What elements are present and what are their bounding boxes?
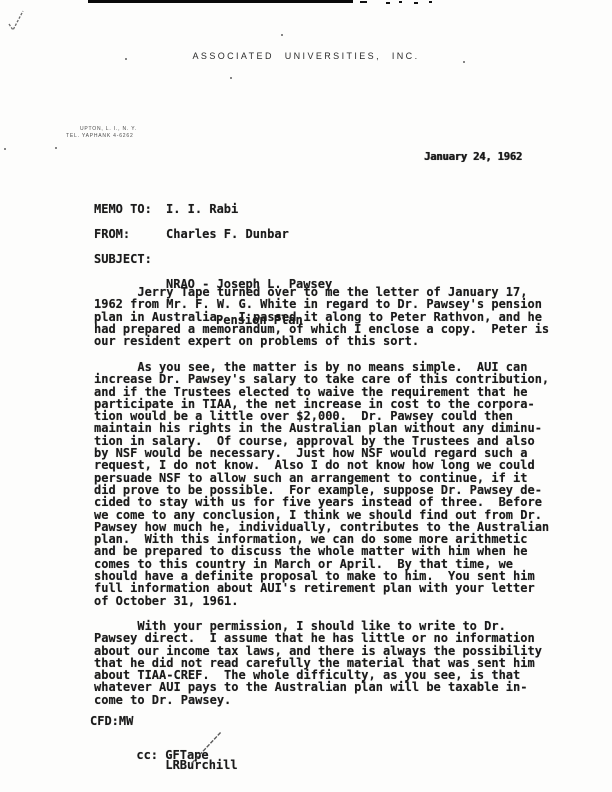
date-line: January 24, 1962 — [424, 151, 522, 163]
memo-to-value: I. I. Rabi — [166, 203, 238, 215]
memo-from-value: Charles F. Dunbar — [166, 228, 289, 240]
scan-speck — [55, 147, 57, 149]
scan-speck — [4, 148, 6, 150]
body-paragraph-1: Jerry Tape turned over to me the letter … — [94, 286, 549, 347]
scan-speck — [281, 34, 283, 36]
scan-speck — [230, 77, 232, 79]
letterhead-company-name: ASSOCIATED UNIVERSITIES, INC. — [0, 51, 612, 61]
typed-line: whatever AUI pays to the Australian plan… — [94, 681, 542, 693]
letterhead-address-line1: UPTON, L. I., N. Y. — [66, 126, 137, 133]
scan-top-edge-artifact — [88, 0, 353, 3]
typed-line: cided to stay with us for five years ins… — [94, 496, 549, 508]
typed-line: full information about AUI's retirement … — [94, 582, 549, 594]
document-page: ASSOCIATED UNIVERSITIES, INC. UPTON, L. … — [0, 0, 612, 792]
typed-line: our resident expert on problems of this … — [94, 335, 549, 347]
memo-from-label: FROM: — [94, 228, 166, 240]
typed-line: increase Dr. Pawsey's salary to take car… — [94, 373, 549, 385]
letterhead-address-block: UPTON, L. I., N. Y. TEL. YAPHANK 4-6262 — [66, 126, 137, 140]
memo-to-label: MEMO TO: — [94, 203, 166, 215]
scan-dash — [386, 2, 390, 4]
typist-initials: CFD:MW — [90, 714, 133, 728]
scan-dash — [360, 1, 367, 3]
scan-dash — [429, 1, 432, 3]
body-paragraph-2: As you see, the matter is by no means si… — [94, 361, 549, 607]
handwritten-checkmark-icon — [6, 8, 28, 32]
scan-speck — [463, 61, 465, 63]
typed-line: Pawsey direct. I assume that he has litt… — [94, 632, 542, 644]
memo-from-row: FROM: Charles F. Dunbar — [94, 228, 289, 240]
memo-to-row: MEMO TO: I. I. Rabi — [94, 203, 238, 215]
typed-line: we come to any conclusion, I think we sh… — [94, 509, 549, 521]
handwritten-check-slash-icon — [190, 730, 224, 766]
typed-line: 1962 from Mr. F. W. G. White in regard t… — [94, 298, 549, 310]
letterhead-address-line2: TEL. YAPHANK 4-6262 — [66, 133, 137, 140]
body-paragraph-3: With your permission, I should like to w… — [94, 620, 542, 706]
typed-line: maintain his rights in the Australian pl… — [94, 422, 549, 434]
typed-line: and be prepared to discuss the whole mat… — [94, 545, 549, 557]
typed-line: come to Dr. Pawsey. — [94, 694, 542, 706]
scan-dash — [399, 1, 402, 3]
typed-line: request, I do not know. Also I do not kn… — [94, 459, 549, 471]
scan-dash — [414, 2, 418, 4]
typed-line: of October 31, 1961. — [94, 595, 549, 607]
